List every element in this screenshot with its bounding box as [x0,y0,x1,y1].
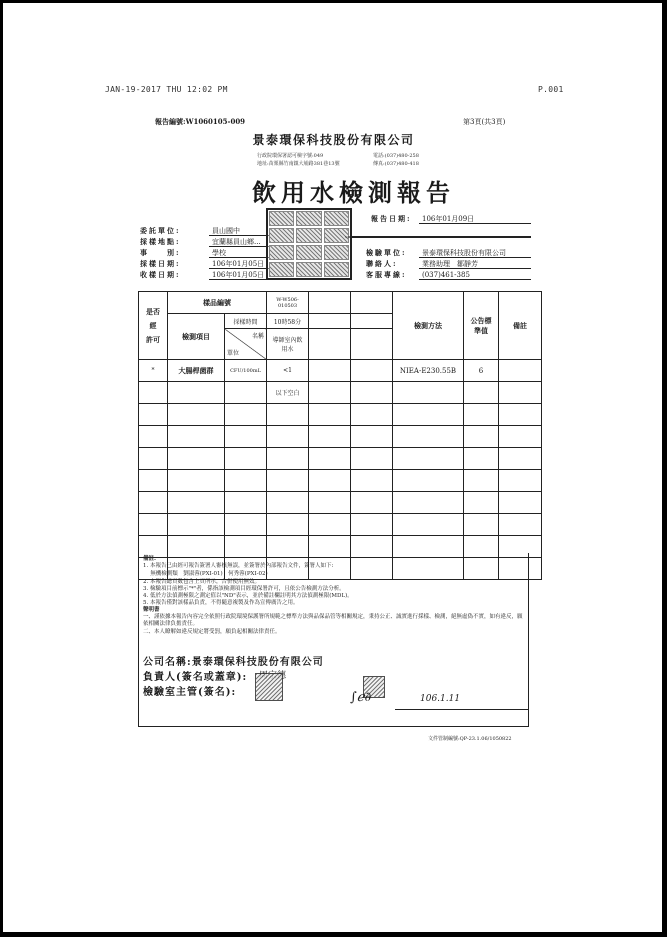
empty-cell [168,448,225,470]
empty-cell [351,470,393,492]
name-unit-header: 名稱 單位 [225,329,267,360]
empty-cell [309,360,351,382]
empty-cell [139,404,168,426]
sample-id: W-W506-010503 [267,292,309,314]
row-method: NIEA-E230.55B [393,360,464,382]
empty-cell [309,470,351,492]
row-item: 大腸桿菌群 [168,360,225,382]
notes-section: 備註: 1. 本報告已由經可報告簽署人審核無誤，並簽署於內部報告文件，簽署人如下… [138,553,529,727]
empty-cell [351,448,393,470]
empty-cell [393,492,464,514]
note-1: 1. 本報告已由經可報告簽署人審核無誤，並簽署於內部報告文件，簽署人如下: [143,563,333,570]
declaration-1: 一、謹依據本報告內容完全依照行政院環境保護署所規範之標準方法與品保品管等相關規定… [143,614,523,628]
client-value: 員山國中 [209,226,269,236]
footer-lab-head-label: 檢驗室主管(簽名): [143,683,236,698]
receipt-date-label: 收樣日期: [140,270,181,280]
empty-cell [499,426,542,448]
notes-heading: 備註: [143,556,156,563]
table-row [139,470,542,492]
document-control-number: 文件管制編號:QP-23.1.06/1050822 [428,735,512,742]
company-fax: 傳真:(037)480-418 [373,160,419,167]
row-standard: 6 [464,360,499,382]
row-method [393,382,464,404]
empty-cell [225,404,267,426]
note-4: 4. 低於方法偵測極限之測定值以"ND"表示，並於備註欄註明其方法偵測極限(MD… [143,593,353,600]
empty-cell [393,426,464,448]
signature-line [395,709,528,710]
row-unit: CFU/100mL [225,360,267,382]
empty-cell [267,514,309,536]
table-row: * 大腸桿菌群 CFU/100mL <1 NIEA-E230.55B 6 [139,360,542,382]
category-value: 學校 [209,248,269,258]
empty-cell [309,382,351,404]
declaration-heading: 聲明書 [143,607,160,614]
empty-cell [351,314,393,329]
sampling-location-value: 宜蘭縣員山鄉... [209,237,269,247]
empty-cell [351,329,393,360]
empty-cell [309,492,351,514]
empty-cell [309,404,351,426]
divider-line [345,236,531,238]
empty-cell [139,492,168,514]
row-result: 以下空白 [267,382,309,404]
empty-cell [139,448,168,470]
row-item [168,382,225,404]
empty-cell [225,514,267,536]
empty-cell [309,448,351,470]
header-name-label: 名稱 [252,331,264,340]
header-test-item: 檢測項目 [168,314,225,360]
header-sample-id-label: 樣品編號 [168,292,267,314]
declaration-2: 二、本人瞭解如違反規定將受罰，願負起相關法律責任。 [143,629,523,636]
signature-date: 106.1.11 [420,694,460,704]
sampling-time: 10時58分 [267,314,309,329]
company-license: 行政院環保署認可檢字號:049 [257,152,323,159]
row-remark [499,382,542,404]
empty-cell [351,292,393,314]
lab-label: 檢驗單位: [366,248,407,258]
empty-cell [464,514,499,536]
empty-cell [351,426,393,448]
lab-head-signature-icon: ∫ℯ∂ [350,690,371,705]
hotline-value: (037)461-385 [419,270,531,280]
row-standard [464,382,499,404]
empty-cell [393,514,464,536]
page-indicator: 第3頁(共3頁) [463,117,505,127]
empty-cell [168,514,225,536]
empty-cell [225,426,267,448]
header-unit-label: 單位 [227,348,239,357]
empty-cell [499,514,542,536]
note-2: 2. 本報告總頁數包含上頁所示，合併使用無效。 [143,579,260,586]
empty-cell [464,448,499,470]
row-remark [499,360,542,382]
empty-cell [351,492,393,514]
empty-cell [168,492,225,514]
results-table: 是否 經 許可 樣品編號 W-W506-010503 檢測方法 公告標準值 備註… [138,291,542,580]
empty-cell [351,382,393,404]
table-row [139,448,542,470]
certification-stamp [266,208,352,280]
empty-cell [267,470,309,492]
table-row [139,404,542,426]
header-eligible: 是否 經 許可 [139,292,168,360]
header-remark: 備註 [499,292,542,360]
sampling-date-value: 106年01月05日 [209,259,269,269]
empty-cell [309,314,351,329]
row-eligible [139,382,168,404]
note-3: 3. 檢驗項目前標示"*"者，係指該檢測項目經環保署許可，且依公告檢測方法分析。 [143,586,345,593]
empty-cell [464,492,499,514]
empty-cell [168,426,225,448]
footer-responsible-label: 負責人(簽名或蓋章): [143,668,247,683]
report-number: 報告編號:W1060105-009 [155,117,245,127]
table-row: 以下空白 [139,382,542,404]
header-sampling-time-label: 採樣時間 [225,314,267,329]
hotline-label: 客服專線: [366,270,407,280]
empty-cell [464,470,499,492]
company-name: 景泰環保科技股份有限公司 [0,131,667,148]
sample-name: 導師室內飲用水 [267,329,309,360]
empty-cell [464,426,499,448]
sampling-date-label: 採樣日期: [140,259,181,269]
company-address: 地址:苗栗縣竹南鎮大埔路381巷13號 [257,160,340,167]
empty-cell [267,404,309,426]
table-row [139,514,542,536]
empty-cell [499,470,542,492]
empty-cell [225,470,267,492]
contact-label: 聯絡人: [366,259,398,269]
empty-cell [309,329,351,360]
empty-cell [464,404,499,426]
report-date-label: 報告日期: [371,214,412,224]
company-phone: 電話:(037)480-258 [373,152,419,159]
empty-cell [393,448,464,470]
footer-company: 公司名稱:景泰環保科技股份有限公司 [143,653,324,668]
empty-cell [351,514,393,536]
empty-cell [351,360,393,382]
fax-page-number: P.001 [538,85,564,94]
lab-value: 景泰環保科技股份有限公司 [419,248,531,258]
document-title: 飲用水檢測報告 [252,173,455,208]
empty-cell [139,514,168,536]
empty-cell [225,448,267,470]
note-5: 5. 本報告僅對該樣品負責，不得隨意複製及作為宣傳廣告之用。 [143,600,299,607]
fax-datetime: JAN-19-2017 THU 12:02 PM [105,85,228,94]
empty-cell [267,448,309,470]
empty-cell [168,470,225,492]
note-1-signers: 無機檢測類 劉淑蓉(PXI-01) 何秀蓉(PXI-02) [143,571,268,578]
receipt-date-value: 106年01月05日 [209,270,269,280]
empty-cell [267,426,309,448]
empty-cell [309,292,351,314]
category-label: 事 別: [140,248,181,258]
table-row [139,492,542,514]
empty-cell [309,514,351,536]
row-result: <1 [267,360,309,382]
header-standard: 公告標準值 [464,292,499,360]
empty-cell [499,492,542,514]
row-eligible: * [139,360,168,382]
empty-cell [168,404,225,426]
empty-cell [139,470,168,492]
empty-cell [139,426,168,448]
report-date-value: 106年01月09日 [419,214,531,224]
responsible-seal [255,673,283,701]
empty-cell [499,404,542,426]
empty-cell [225,492,267,514]
sampling-location-label: 採樣地點: [140,237,181,247]
contact-value: 業務助理 鄒靜芳 [419,259,531,269]
client-label: 委託單位: [140,226,181,236]
empty-cell [309,426,351,448]
empty-cell [393,470,464,492]
empty-cell [267,492,309,514]
table-row [139,426,542,448]
row-unit [225,382,267,404]
empty-cell [499,448,542,470]
header-method: 檢測方法 [393,292,464,360]
empty-cell [351,404,393,426]
empty-cell [393,404,464,426]
